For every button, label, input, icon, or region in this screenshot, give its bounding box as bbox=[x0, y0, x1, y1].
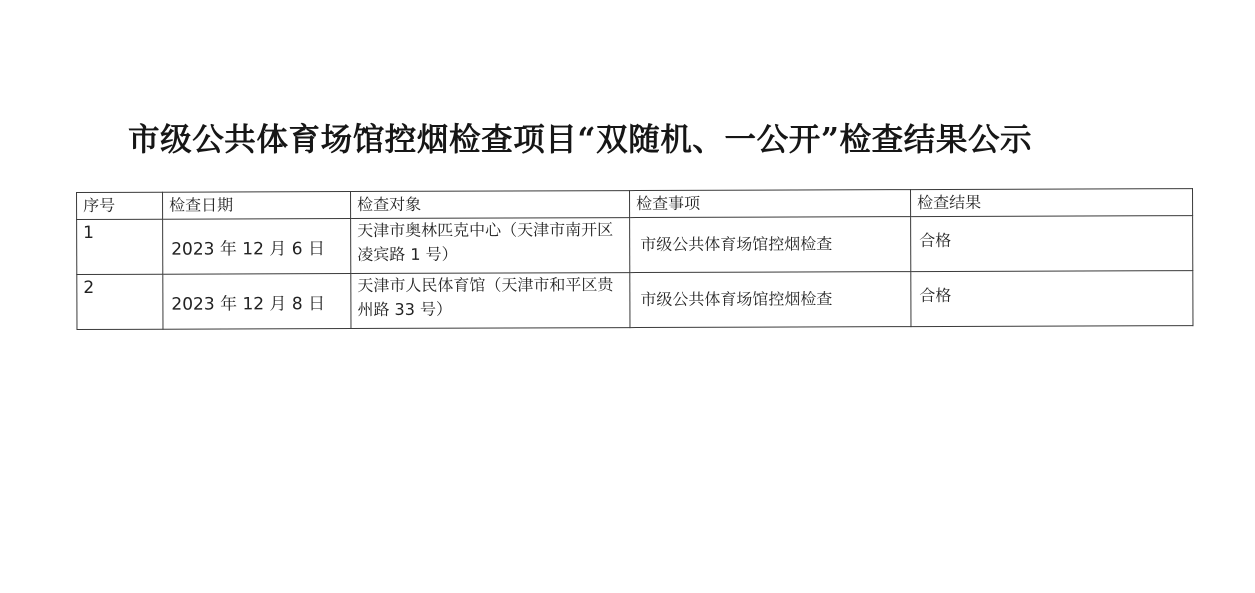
cell-index: 2 bbox=[77, 274, 163, 329]
document-page: 市级公共体育场馆控烟检查项目“双随机、一公开”检查结果公示 序号 检查日期 检查… bbox=[0, 0, 1255, 593]
cell-date: 2023 年 12 月 8 日 bbox=[163, 274, 351, 330]
table-header-row: 序号 检查日期 检查对象 检查事项 检查结果 bbox=[77, 189, 1193, 220]
header-date: 检查日期 bbox=[163, 192, 351, 220]
table-row: 1 2023 年 12 月 6 日 天津市奥林匹克中心（天津市南开区凌宾路 1 … bbox=[77, 216, 1193, 275]
cell-index: 1 bbox=[77, 219, 163, 274]
results-table-container: 序号 检查日期 检查对象 检查事项 检查结果 1 2023 年 12 月 6 日… bbox=[76, 188, 1192, 330]
header-target: 检查对象 bbox=[351, 191, 630, 219]
cell-item: 市级公共体育场馆控烟检查 bbox=[630, 217, 911, 273]
header-index: 序号 bbox=[77, 192, 163, 219]
cell-result: 合格 bbox=[911, 216, 1193, 272]
cell-result: 合格 bbox=[911, 271, 1193, 327]
header-item: 检查事项 bbox=[630, 190, 911, 218]
header-result: 检查结果 bbox=[911, 189, 1193, 217]
cell-target: 天津市人民体育馆（天津市和平区贵州路 33 号） bbox=[351, 273, 630, 329]
document-title: 市级公共体育场馆控烟检查项目“双随机、一公开”检查结果公示 bbox=[128, 118, 1138, 162]
cell-item: 市级公共体育场馆控烟检查 bbox=[630, 272, 911, 328]
table-row: 2 2023 年 12 月 8 日 天津市人民体育馆（天津市和平区贵州路 33 … bbox=[77, 271, 1193, 330]
cell-target: 天津市奥林匹克中心（天津市南开区凌宾路 1 号） bbox=[351, 218, 630, 274]
inspection-results-table: 序号 检查日期 检查对象 检查事项 检查结果 1 2023 年 12 月 6 日… bbox=[76, 188, 1193, 330]
cell-date: 2023 年 12 月 6 日 bbox=[163, 219, 351, 275]
